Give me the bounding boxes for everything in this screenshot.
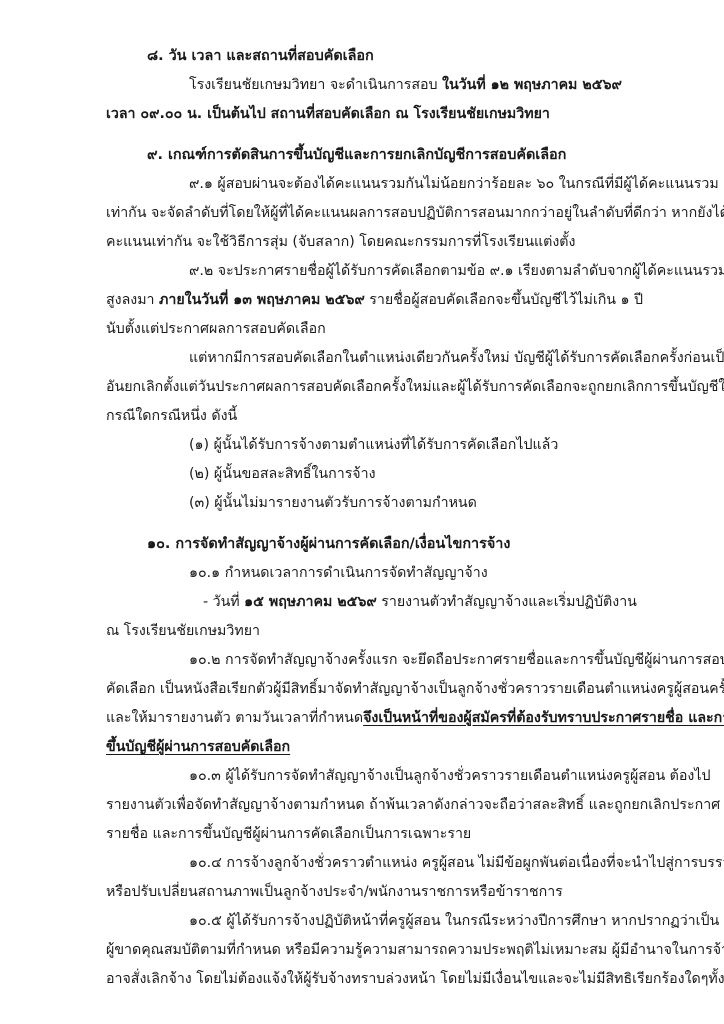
case-item-3: (๓) ผู้นั้นไม่มารายงานตัวรับการจ้างตามกำ… xyxy=(189,493,477,513)
paragraph-9-2-line-2: สูงลงมา ภายในวันที่ ๑๓ พฤษภาคม ๒๕๖๙ รายช… xyxy=(106,290,643,310)
paragraph-10-5-line-3: อาจสั่งเลิกจ้าง โดยไม่ต้องแจ้งให้ผู้รับจ… xyxy=(106,969,724,989)
paragraph-10-2-line-4: ขึ้นบัญชีผู้ผ่านการสอบคัดเลือก xyxy=(106,737,290,757)
paragraph-10-1-line-1: ๑๐.๑ กำหนดเวลาการดำเนินการจัดทำสัญญาจ้าง xyxy=(189,563,488,583)
paragraph-9-3-line-1: แต่หากมีการสอบคัดเลือกในตำแหน่งเดียวกันค… xyxy=(189,348,658,368)
case-item-1: (๑) ผู้นั้นได้รับการจ้างตามตำแหน่งที่ได้… xyxy=(189,435,558,455)
paragraph-9-1-line-1: ๙.๑ ผู้สอบผ่านจะต้องได้คะแนนรวมกันไม่น้อ… xyxy=(189,174,658,194)
paragraph-9-2-line-3: นับตั้งแต่ประกาศผลการสอบคัดเลือก xyxy=(106,319,326,339)
paragraph-10-5-line-1: ๑๐.๕ ผู้ได้รับการจ้างปฏิบัติหน้าที่ครูผู… xyxy=(189,911,658,931)
section-8-line-2: เวลา ๐๙.๐๐ น. เป็นต้นไป สถานที่สอบคัดเลื… xyxy=(106,104,550,124)
paragraph-10-2-line-3: และให้มารายงานตัว ตามวันเวลาที่กำหนดจึงเ… xyxy=(106,708,724,728)
paragraph-10-3-line-3: รายชื่อ และการขึ้นบัญชีผู้ผ่านการคัดเลือ… xyxy=(106,824,471,844)
paragraph-10-4-line-1: ๑๐.๔ การจ้างลูกจ้างชั่วคราวตำแหน่ง ครูผู… xyxy=(189,853,658,873)
applicant-duty-notice: จึงเป็นหน้าที่ของผู้สมัครที่ต้องรับทราบป… xyxy=(363,710,724,726)
announcement-date: ภายในวันที่ ๑๓ พฤษภาคม ๒๕๖๙ xyxy=(159,292,365,308)
case-item-2: (๒) ผู้นั้นขอสละสิทธิ์ในการจ้าง xyxy=(189,464,376,484)
document-page: ๘. วัน เวลา และสถานที่สอบคัดเลือก โรงเรี… xyxy=(0,0,724,1024)
paragraph-9-1-line-3: คะแนนเท่ากัน จะใช้วิธีการสุ่ม (จับสลาก) … xyxy=(106,232,575,252)
paragraph-10-2-line-2: คัดเลือก เป็นหนังสือเรียกตัวผู้มีสิทธิ์ม… xyxy=(106,679,658,699)
paragraph-10-1-line-2: - วันที่ ๑๕ พฤษภาคม ๒๕๖๙ รายงานตัวทำสัญญ… xyxy=(203,592,637,612)
paragraph-10-2-line-1: ๑๐.๒ การจัดทำสัญญาจ้างครั้งแรก จะยึดถือป… xyxy=(189,650,658,670)
report-date: ๑๕ พฤษภาคม ๒๕๖๙ xyxy=(244,594,377,610)
section-10-heading: ๑๐. การจัดทำสัญญาจ้างผู้ผ่านการคัดเลือก/… xyxy=(147,534,510,554)
paragraph-9-1-line-2: เท่ากัน จะจัดลำดับที่โดยให้ผู้ที่ได้คะแน… xyxy=(106,203,658,223)
section-9-heading: ๙. เกณฑ์การตัดสินการขึ้นบัญชีและการยกเลิ… xyxy=(147,145,566,165)
section-8-line-1: โรงเรียนชัยเกษมวิทยา จะดำเนินการสอบ ในวั… xyxy=(189,75,622,95)
paragraph-9-3-line-2: อันยกเลิกตั้งแต่วันประกาศผลการสอบคัดเลือ… xyxy=(106,377,658,397)
paragraph-10-3-line-2: รายงานตัวเพื่อจัดทำสัญญาจ้างตามกำหนด ถ้า… xyxy=(106,795,658,815)
paragraph-10-4-line-2: หรือปรับเปลี่ยนสถานภาพเป็นลูกจ้างประจำ/พ… xyxy=(106,882,563,902)
section-8-heading: ๘. วัน เวลา และสถานที่สอบคัดเลือก xyxy=(147,46,374,66)
paragraph-10-5-line-2: ผู้ขาดคุณสมบัติตามที่กำหนด หรือมีความรู้… xyxy=(106,940,658,960)
paragraph-9-3-line-3: กรณีใดกรณีหนึ่ง ดังนี้ xyxy=(106,406,237,426)
paragraph-10-3-line-1: ๑๐.๓ ผู้ได้รับการจัดทำสัญญาจ้างเป็นลูกจ้… xyxy=(189,766,658,786)
exam-date: ในวันที่ ๑๒ พฤษภาคม ๒๕๖๙ xyxy=(442,77,622,93)
paragraph-10-1-line-3: ณ โรงเรียนชัยเกษมวิทยา xyxy=(106,621,260,641)
paragraph-9-2-line-1: ๙.๒ จะประกาศรายชื่อผู้ได้รับการคัดเลือกต… xyxy=(189,261,658,281)
